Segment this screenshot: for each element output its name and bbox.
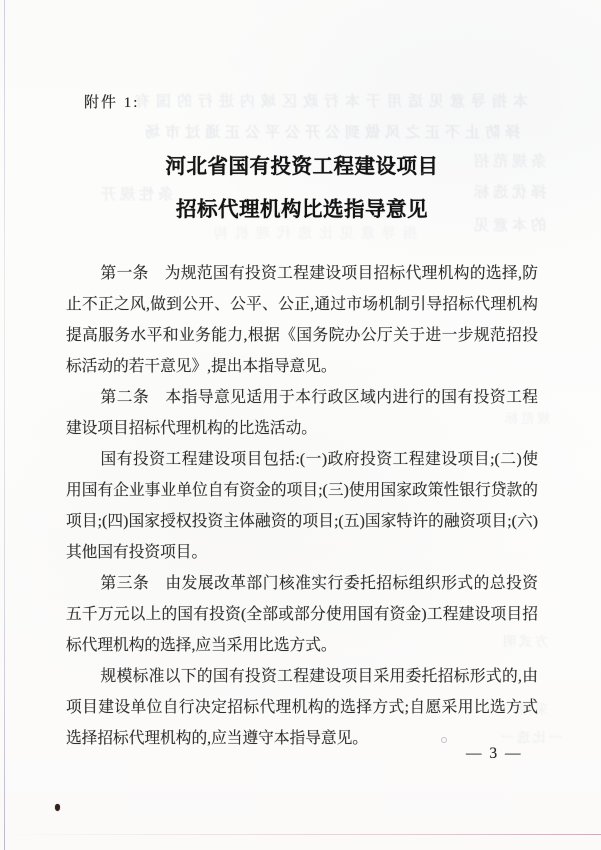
document-title-line1: 河北省国有投资工程建设项目 bbox=[66, 146, 538, 189]
page-number: — 3 — bbox=[466, 745, 523, 763]
bleedthrough-text: 本指导意见适用于本行政区域内进行的国有 bbox=[128, 90, 528, 111]
scan-artifact-line bbox=[0, 834, 601, 835]
scanner-edge-line bbox=[4, 0, 5, 850]
scanned-document-page: 本指导意见适用于本行政区域内进行的国有 择防止不正之风做到公开公平公正通过市场 … bbox=[0, 0, 601, 850]
document-title-line2: 招标代理机构比选指导意见 bbox=[66, 189, 538, 232]
document-body: 第一条 为规范国有投资工程建设项目招标代理机构的选择,防止不正之风,做到公开、公… bbox=[66, 258, 538, 754]
ink-speck bbox=[55, 804, 60, 811]
paragraph-article-3: 第三条 由发展改革部门核准实行委托招标组织形式的总投资五千万元以上的国有投资(全… bbox=[66, 568, 538, 661]
paragraph-article-2: 第二条 本指导意见适用于本行政区域内进行的国有投资工程建设项目招标代理机构的比选… bbox=[66, 382, 538, 444]
paragraph-article-2-project-scope: 国有投资工程建设项目包括:(一)政府投资工程建设项目;(二)使用国有企业事业单位… bbox=[66, 444, 538, 568]
paragraph-article-1: 第一条 为规范国有投资工程建设项目招标代理机构的选择,防止不正之风,做到公开、公… bbox=[66, 258, 538, 382]
bleedthrough-text: 择防止不正之风做到公开公平公正通过市场 bbox=[88, 121, 520, 142]
scan-dot-artifact bbox=[441, 737, 447, 743]
ink-dot-speck bbox=[421, 172, 424, 175]
paragraph-article-3-below-threshold: 规模标准以下的国有投资工程建设项目采用委托招标形式的,由项目建设单位自行决定招标… bbox=[66, 661, 538, 754]
attachment-label: 附件 1: bbox=[84, 91, 139, 112]
document-title: 河北省国有投资工程建设项目 招标代理机构比选指导意见 bbox=[66, 146, 538, 232]
